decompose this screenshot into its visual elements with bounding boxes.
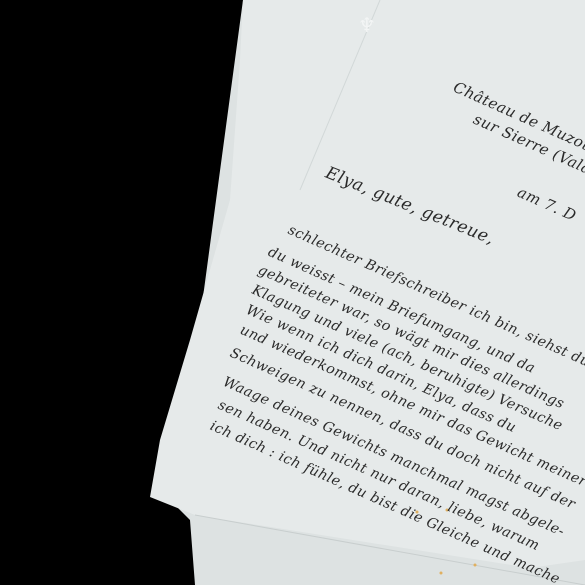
letter-text: Château de Muzot sur Sierre (Valais) am … bbox=[0, 0, 585, 585]
letter-photo: ♆ Château de Muzot sur Sierre (Valais) a… bbox=[0, 0, 585, 585]
letter-date: am 7. D bbox=[515, 183, 579, 225]
salutation: Elya, gute, getreue, bbox=[323, 163, 498, 249]
